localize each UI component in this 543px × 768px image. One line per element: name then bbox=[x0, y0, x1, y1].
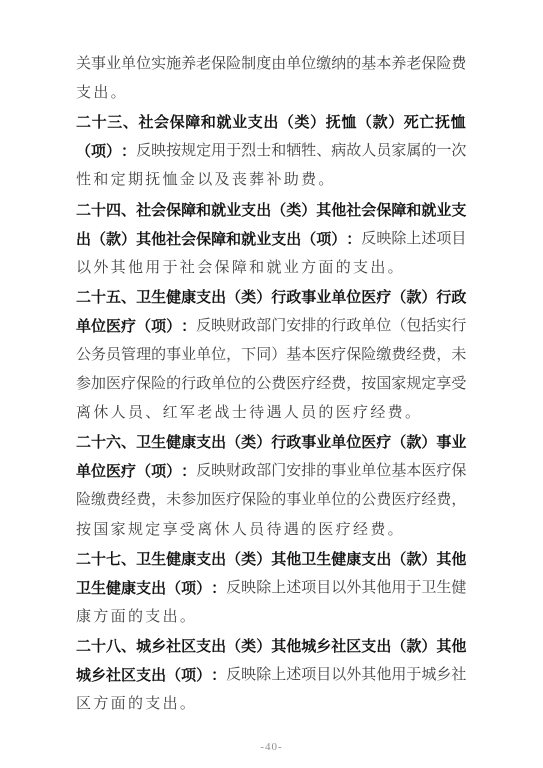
text-line: 二十五、卫生健康支出（类）行政事业单位医疗（款）行政 bbox=[76, 283, 466, 312]
body-char: 财 bbox=[226, 464, 241, 479]
body-char: 老 bbox=[406, 57, 421, 72]
body-char: 保 bbox=[215, 261, 230, 276]
heading-char: ） bbox=[106, 144, 121, 159]
heading-char: 社 bbox=[166, 639, 181, 654]
body-char: 的 bbox=[316, 464, 331, 479]
body-char: 费 bbox=[331, 377, 346, 392]
heading-char: 社 bbox=[136, 203, 151, 218]
heading-char: ： bbox=[211, 581, 226, 596]
body-char: 保 bbox=[211, 57, 226, 72]
heading-char: 卫 bbox=[301, 552, 316, 567]
heading-char: （ bbox=[226, 639, 241, 654]
heading-char: 业 bbox=[256, 232, 271, 247]
body-char: 卫 bbox=[421, 581, 436, 596]
heading-char: 项 bbox=[151, 464, 166, 479]
heading-char: 款 bbox=[373, 115, 388, 130]
body-char: 险 bbox=[226, 57, 241, 72]
heading-char: 出 bbox=[256, 203, 271, 218]
heading-char: 款 bbox=[406, 552, 421, 567]
body-char: 社 bbox=[451, 668, 466, 683]
body-char: 位 bbox=[376, 319, 391, 334]
heading-char: 出 bbox=[151, 668, 166, 683]
body-char: 定 bbox=[145, 523, 160, 538]
heading-char: （ bbox=[391, 435, 406, 450]
heading-char: 卫 bbox=[136, 290, 151, 305]
heading-char: 出 bbox=[76, 232, 91, 247]
heading-char: 其 bbox=[436, 639, 451, 654]
heading-char: 十 bbox=[92, 115, 107, 130]
body-char: 包 bbox=[406, 319, 421, 334]
heading-char: 抚 bbox=[435, 115, 450, 130]
body-char: 映 bbox=[151, 144, 166, 159]
body-char: 金 bbox=[180, 173, 195, 188]
body-char: 。 bbox=[180, 697, 195, 712]
body-char: 士 bbox=[256, 144, 271, 159]
body-char: 抚 bbox=[145, 173, 160, 188]
body-char: 经 bbox=[421, 493, 436, 508]
body-char: 事 bbox=[286, 493, 301, 508]
heading-char: 事 bbox=[301, 290, 316, 305]
body-char: 疗 bbox=[301, 377, 316, 392]
heading-char: 、 bbox=[121, 639, 136, 654]
body-char: 康 bbox=[76, 610, 91, 625]
body-char: 丧 bbox=[232, 173, 247, 188]
body-char: 老 bbox=[196, 57, 211, 72]
body-char: 基 bbox=[361, 57, 376, 72]
body-char: 的 bbox=[128, 697, 143, 712]
heading-char: 他 bbox=[286, 639, 301, 654]
heading-char: 生 bbox=[151, 435, 166, 450]
heading-char: 区 bbox=[121, 668, 136, 683]
body-char: 单 bbox=[286, 57, 301, 72]
body-char: 其 bbox=[361, 581, 376, 596]
body-char: 。 bbox=[388, 261, 403, 276]
body-char: 述 bbox=[286, 581, 301, 596]
body-char: 会 bbox=[197, 261, 212, 276]
body-char: 规 bbox=[406, 377, 421, 392]
heading-char: 生 bbox=[151, 290, 166, 305]
body-char: 保 bbox=[136, 377, 151, 392]
body-char: 医 bbox=[421, 464, 436, 479]
heading-char: 区 bbox=[181, 639, 196, 654]
heading-char: 类 bbox=[241, 435, 256, 450]
body-char: 制 bbox=[241, 57, 256, 72]
body-char: 政 bbox=[241, 319, 256, 334]
heading-char: 支 bbox=[196, 290, 211, 305]
body-char: 人 bbox=[232, 523, 247, 538]
heading-char: 康 bbox=[181, 435, 196, 450]
body-char: 面 bbox=[111, 697, 126, 712]
heading-char: 他 bbox=[331, 203, 346, 218]
heading-char: 抚 bbox=[326, 115, 341, 130]
body-char: 用 bbox=[145, 261, 160, 276]
body-char: 出 bbox=[93, 86, 108, 101]
body-char: 享 bbox=[436, 377, 451, 392]
heading-char: 单 bbox=[76, 464, 91, 479]
heading-char: 单 bbox=[76, 319, 91, 334]
body-char: 反 bbox=[226, 581, 241, 596]
body-char: 的 bbox=[271, 493, 286, 508]
body-char: ， bbox=[451, 493, 466, 508]
heading-char: 保 bbox=[170, 115, 185, 130]
body-char: 目 bbox=[316, 668, 331, 683]
heading-char: 就 bbox=[211, 203, 226, 218]
heading-char: 业 bbox=[451, 435, 466, 450]
heading-char: 政 bbox=[286, 290, 301, 305]
heading-char: 二 bbox=[76, 290, 91, 305]
body-char: 员 bbox=[249, 523, 264, 538]
body-char: 定 bbox=[196, 144, 211, 159]
heading-char: 保 bbox=[166, 203, 181, 218]
heading-char: （ bbox=[76, 144, 91, 159]
body-char: 方 bbox=[93, 697, 108, 712]
heading-char: 生 bbox=[91, 581, 106, 596]
body-char: 保 bbox=[451, 464, 466, 479]
heading-char: 支 bbox=[196, 639, 211, 654]
heading-char: 十 bbox=[91, 435, 106, 450]
body-char: 按 bbox=[166, 144, 181, 159]
heading-char: 事 bbox=[301, 435, 316, 450]
heading-char: 和 bbox=[201, 115, 216, 130]
body-char: 人 bbox=[284, 406, 299, 421]
heading-char: 其 bbox=[271, 552, 286, 567]
heading-char: 健 bbox=[106, 581, 121, 596]
heading-char: 支 bbox=[196, 552, 211, 567]
heading-char: 位 bbox=[91, 464, 106, 479]
heading-char: 业 bbox=[232, 115, 247, 130]
body-char: 离 bbox=[76, 406, 91, 421]
text-line: 离休人员、红军老战士待遇人员的医疗经费。 bbox=[76, 399, 466, 428]
heading-char: 社 bbox=[166, 232, 181, 247]
body-char: 费 bbox=[388, 406, 403, 421]
heading-char: 障 bbox=[391, 203, 406, 218]
heading-char: 康 bbox=[121, 581, 136, 596]
heading-char: 支 bbox=[241, 203, 256, 218]
heading-char: ） bbox=[121, 232, 136, 247]
body-char: 属 bbox=[406, 144, 421, 159]
heading-char: 他 bbox=[286, 552, 301, 567]
heading-char: 项 bbox=[181, 668, 196, 683]
body-char: 行 bbox=[181, 377, 196, 392]
body-char: 单 bbox=[361, 319, 376, 334]
heading-char: 康 bbox=[181, 552, 196, 567]
body-char: 反 bbox=[196, 464, 211, 479]
body-char: 险 bbox=[256, 493, 271, 508]
heading-char: 六 bbox=[106, 435, 121, 450]
heading-char: 行 bbox=[436, 290, 451, 305]
body-char: 老 bbox=[197, 406, 212, 421]
body-char: 缴 bbox=[91, 493, 106, 508]
heading-char: 卫 bbox=[136, 552, 151, 567]
body-char: 险 bbox=[436, 57, 451, 72]
heading-char: ： bbox=[121, 144, 136, 159]
body-char: 健 bbox=[451, 581, 466, 596]
document-text-block: 关事业单位实施养老保险制度由单位缴纳的基本养老保险费支出。二十三、社会保障和就业… bbox=[76, 50, 466, 719]
body-char: 映 bbox=[241, 668, 256, 683]
heading-char: ： bbox=[181, 464, 196, 479]
body-char: 养 bbox=[391, 57, 406, 72]
body-char: 业 bbox=[301, 493, 316, 508]
body-char: 、 bbox=[145, 406, 160, 421]
heading-char: 出 bbox=[211, 552, 226, 567]
body-char: 基 bbox=[391, 464, 406, 479]
body-char: 。 bbox=[180, 610, 195, 625]
heading-char: 他 bbox=[451, 552, 466, 567]
body-char: 管 bbox=[121, 348, 136, 363]
body-char: 的 bbox=[166, 377, 181, 392]
body-char: 项 bbox=[301, 581, 316, 596]
body-char: 公 bbox=[361, 493, 376, 508]
body-char: 。 bbox=[405, 406, 420, 421]
body-char: 本 bbox=[301, 348, 316, 363]
heading-char: 支 bbox=[136, 581, 151, 596]
body-char: 目 bbox=[316, 581, 331, 596]
body-char: 险 bbox=[76, 493, 91, 508]
heading-char: 就 bbox=[216, 115, 231, 130]
heading-char: 支 bbox=[271, 232, 286, 247]
heading-char: 其 bbox=[436, 552, 451, 567]
body-char: 行 bbox=[331, 319, 346, 334]
heading-char: ： bbox=[211, 668, 226, 683]
body-char: 事 bbox=[166, 348, 181, 363]
heading-char: ： bbox=[346, 232, 361, 247]
heading-char: 保 bbox=[196, 232, 211, 247]
heading-char: （ bbox=[166, 668, 181, 683]
body-char: 定 bbox=[111, 173, 126, 188]
body-char: 由 bbox=[271, 57, 286, 72]
heading-char: ） bbox=[256, 290, 271, 305]
body-char: 就 bbox=[266, 261, 281, 276]
body-char: 经 bbox=[406, 348, 421, 363]
body-char: 外 bbox=[346, 668, 361, 683]
body-char: 补 bbox=[266, 173, 281, 188]
body-char: 务 bbox=[91, 348, 106, 363]
body-char: 的 bbox=[421, 144, 436, 159]
heading-char: ） bbox=[310, 115, 325, 130]
heading-char: 五 bbox=[106, 290, 121, 305]
body-char: 外 bbox=[93, 261, 108, 276]
body-char: 述 bbox=[286, 668, 301, 683]
heading-char: 款 bbox=[106, 232, 121, 247]
heading-char: ） bbox=[421, 290, 436, 305]
body-char: 排 bbox=[301, 464, 316, 479]
body-char: 保 bbox=[346, 348, 361, 363]
body-char: 员 bbox=[128, 406, 143, 421]
heading-char: 类 bbox=[241, 290, 256, 305]
body-char: 。 bbox=[318, 173, 333, 188]
body-char: 除 bbox=[256, 581, 271, 596]
body-char: 医 bbox=[316, 348, 331, 363]
body-char: 未 bbox=[451, 348, 466, 363]
heading-char: 七 bbox=[106, 552, 121, 567]
body-char: 享 bbox=[163, 523, 178, 538]
heading-char: 医 bbox=[106, 319, 121, 334]
body-char: 遇 bbox=[284, 523, 299, 538]
body-char: 财 bbox=[226, 319, 241, 334]
text-line: 公务员管理的事业单位，下同）基本医疗保险缴费经费，未 bbox=[76, 341, 466, 370]
body-char: 故 bbox=[346, 144, 361, 159]
body-char: 疗 bbox=[331, 348, 346, 363]
body-char: 待 bbox=[266, 523, 281, 538]
text-line: 区方面的支出。 bbox=[76, 690, 466, 719]
body-char: 军 bbox=[180, 406, 195, 421]
body-char: 于 bbox=[226, 144, 241, 159]
body-char: 养 bbox=[181, 57, 196, 72]
body-char: 其 bbox=[111, 261, 126, 276]
heading-char: 政 bbox=[286, 435, 301, 450]
heading-char: 类 bbox=[241, 552, 256, 567]
heading-char: 十 bbox=[91, 290, 106, 305]
body-char: 于 bbox=[163, 261, 178, 276]
body-char: 定 bbox=[421, 377, 436, 392]
body-char: 员 bbox=[301, 406, 316, 421]
body-char: 葬 bbox=[249, 173, 264, 188]
heading-char: ） bbox=[421, 639, 436, 654]
heading-char: 十 bbox=[91, 639, 106, 654]
body-char: 单 bbox=[211, 377, 226, 392]
document-page: 关事业单位实施养老保险制度由单位缴纳的基本养老保险费支出。二十三、社会保障和就业… bbox=[0, 0, 543, 768]
text-line: 卫生健康支出（项）：反映除上述项目以外其他用于卫生健 bbox=[76, 574, 466, 603]
body-char: 缴 bbox=[316, 57, 331, 72]
body-char: 公 bbox=[256, 377, 271, 392]
body-char: 医 bbox=[106, 377, 121, 392]
body-char: 未 bbox=[166, 493, 181, 508]
heading-char: 、 bbox=[121, 435, 136, 450]
body-char: 反 bbox=[196, 319, 211, 334]
heading-char: 卫 bbox=[76, 581, 91, 596]
heading-char: 、 bbox=[123, 115, 138, 130]
heading-char: 业 bbox=[316, 435, 331, 450]
heading-char: 八 bbox=[106, 639, 121, 654]
heading-char: 三 bbox=[107, 115, 122, 130]
body-char: 费 bbox=[301, 173, 316, 188]
heading-char: 支 bbox=[248, 115, 263, 130]
body-char: 的 bbox=[346, 57, 361, 72]
body-char: 以 bbox=[76, 261, 91, 276]
heading-char: 款 bbox=[406, 639, 421, 654]
page-number: -40- bbox=[0, 741, 543, 753]
heading-char: 支 bbox=[196, 435, 211, 450]
heading-char: 位 bbox=[346, 435, 361, 450]
heading-char: （ bbox=[279, 115, 294, 130]
body-char: 实 bbox=[151, 57, 166, 72]
body-char: 牲 bbox=[301, 144, 316, 159]
heading-char: 其 bbox=[136, 232, 151, 247]
body-char: 家 bbox=[391, 377, 406, 392]
body-char: 医 bbox=[318, 523, 333, 538]
body-char: 支 bbox=[76, 86, 91, 101]
body-char: 和 bbox=[271, 144, 286, 159]
heading-char: 社 bbox=[331, 639, 346, 654]
body-char: 费 bbox=[376, 493, 391, 508]
body-char: 的 bbox=[346, 493, 361, 508]
body-char: 用 bbox=[211, 144, 226, 159]
body-char: 本 bbox=[376, 57, 391, 72]
body-char: 险 bbox=[361, 348, 376, 363]
body-char: 纳 bbox=[331, 57, 346, 72]
body-char: 、 bbox=[316, 144, 331, 159]
heading-char: 社 bbox=[346, 203, 361, 218]
body-char: 反 bbox=[361, 232, 376, 247]
body-char: 支 bbox=[145, 610, 160, 625]
body-char: 施 bbox=[166, 57, 181, 72]
body-char: 其 bbox=[361, 668, 376, 683]
body-char: 参 bbox=[76, 377, 91, 392]
body-char: 社 bbox=[180, 261, 195, 276]
body-char: 单 bbox=[121, 57, 136, 72]
body-char: 同 bbox=[256, 348, 271, 363]
text-line: 康方面的支出。 bbox=[76, 603, 466, 632]
heading-char: ） bbox=[256, 639, 271, 654]
heading-char: ： bbox=[181, 319, 196, 334]
body-char: ） bbox=[271, 348, 286, 363]
heading-char: 、 bbox=[121, 290, 136, 305]
body-char: 位 bbox=[211, 348, 226, 363]
body-char: 疗 bbox=[353, 406, 368, 421]
heading-char: ） bbox=[166, 319, 181, 334]
heading-char: 疗 bbox=[121, 319, 136, 334]
body-char: 加 bbox=[91, 377, 106, 392]
body-char: ， bbox=[151, 493, 166, 508]
body-char: 安 bbox=[286, 464, 301, 479]
heading-char: ） bbox=[388, 115, 403, 130]
body-char: 业 bbox=[106, 57, 121, 72]
body-char: 政 bbox=[196, 377, 211, 392]
body-char: 出 bbox=[163, 697, 178, 712]
text-line: 险缴费经费，未参加医疗保险的事业单位的公费医疗经费， bbox=[76, 486, 466, 515]
text-line: 以外其他用于社会保障和就业方面的支出。 bbox=[76, 254, 466, 283]
heading-char: 项 bbox=[181, 581, 196, 596]
body-char: 关 bbox=[76, 57, 91, 72]
text-line: 二十六、卫生健康支出（类）行政事业单位医疗（款）事业 bbox=[76, 428, 466, 457]
heading-char: 乡 bbox=[91, 668, 106, 683]
body-char: 支 bbox=[145, 697, 160, 712]
body-char: 述 bbox=[421, 232, 436, 247]
body-char: 映 bbox=[376, 232, 391, 247]
body-char: 家 bbox=[111, 523, 126, 538]
body-char: 。 bbox=[388, 523, 403, 538]
heading-char: 恤 bbox=[341, 115, 356, 130]
body-char: 费 bbox=[136, 493, 151, 508]
body-char: 按 bbox=[76, 523, 91, 538]
heading-char: 业 bbox=[436, 203, 451, 218]
heading-char: 支 bbox=[361, 552, 376, 567]
heading-char: （ bbox=[136, 319, 151, 334]
heading-char: 生 bbox=[151, 552, 166, 567]
heading-char: 二 bbox=[76, 203, 91, 218]
heading-char: 十 bbox=[91, 552, 106, 567]
body-char: 项 bbox=[436, 232, 451, 247]
heading-char: 会 bbox=[151, 203, 166, 218]
heading-char: 乡 bbox=[151, 639, 166, 654]
heading-char: 十 bbox=[91, 203, 106, 218]
heading-char: ） bbox=[196, 581, 211, 596]
body-char: 出 bbox=[163, 610, 178, 625]
body-char: 障 bbox=[232, 261, 247, 276]
body-char: 按 bbox=[361, 377, 376, 392]
body-char: 位 bbox=[376, 464, 391, 479]
body-char: 位 bbox=[331, 493, 346, 508]
heading-char: 健 bbox=[166, 290, 181, 305]
body-char: 门 bbox=[271, 464, 286, 479]
body-char: 待 bbox=[249, 406, 264, 421]
heading-char: 和 bbox=[406, 203, 421, 218]
body-char: 支 bbox=[353, 261, 368, 276]
heading-char: 出 bbox=[286, 232, 301, 247]
body-char: 国 bbox=[376, 377, 391, 392]
heading-char: 其 bbox=[316, 203, 331, 218]
body-char: 位 bbox=[226, 377, 241, 392]
